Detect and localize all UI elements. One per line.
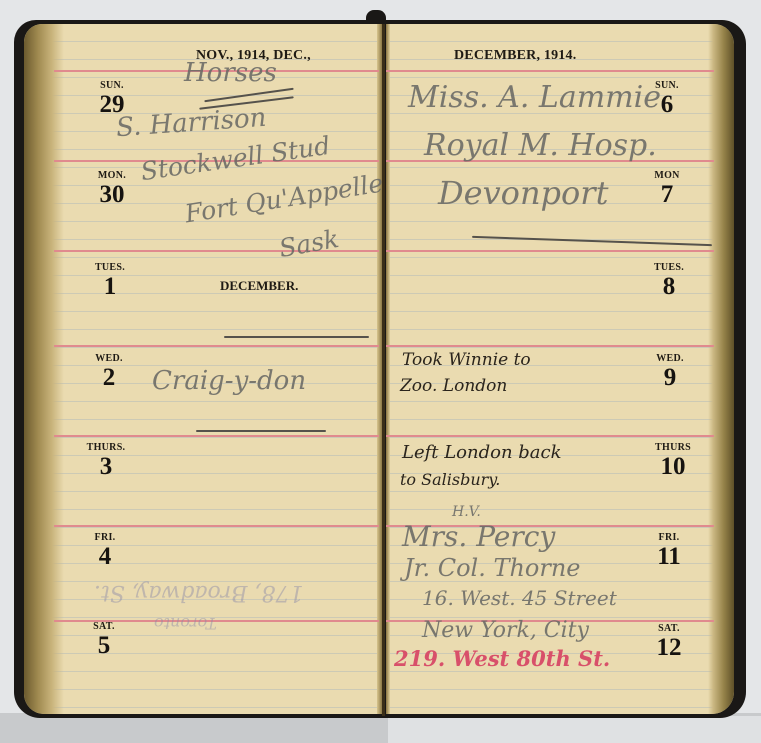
red-rule: [54, 345, 379, 347]
handwritten-line: Royal M. Hosp.: [424, 128, 657, 163]
page-edges-left: [24, 24, 64, 714]
month-label: DECEMBER.: [220, 278, 298, 294]
handwritten-line: Left London back: [402, 442, 562, 463]
handwritten-initials: H.V.: [452, 504, 481, 520]
day-number: 5: [79, 633, 129, 658]
faint-bleedthrough: 178, Broadway, St.: [94, 580, 303, 605]
underline-stroke: [204, 88, 293, 103]
day-number: 7: [642, 182, 692, 207]
background-lower-right: [388, 716, 761, 743]
day-name: FRI.: [80, 532, 130, 543]
handwritten-line: Jr. Col. Thorne: [404, 554, 581, 582]
underline-stroke: [224, 336, 369, 338]
left-page: NOV., 1914, DEC., SUN. 29 MON. 30 TUES. …: [24, 24, 383, 714]
handwritten-line: Sask: [277, 224, 341, 263]
day-number: 4: [80, 544, 130, 569]
spine: [382, 24, 385, 716]
underline-stroke: [472, 236, 712, 246]
page-header: DECEMBER, 1914.: [454, 48, 576, 64]
day-name: SUN.: [87, 80, 137, 91]
handwritten-line: New York, City: [422, 618, 589, 643]
day-name: TUES.: [644, 262, 694, 273]
red-rule: [54, 525, 379, 527]
red-rule: [386, 250, 714, 252]
handwritten-line: Fort Qu'Appelle: [183, 169, 383, 229]
day-number: 30: [87, 182, 137, 207]
gutter-right: [386, 24, 390, 714]
day-name: THURS.: [81, 442, 131, 453]
handwritten-line: to Salisbury.: [400, 470, 500, 489]
faint-bleedthrough: Toronto: [154, 614, 217, 633]
day-number: 1: [85, 274, 135, 299]
day-name: THURS: [648, 442, 698, 453]
day-name: TUES.: [85, 262, 135, 273]
red-rule: [54, 435, 379, 437]
day-name: SAT.: [79, 621, 129, 632]
day-number: 10: [648, 454, 698, 479]
handwritten-line: Mrs. Percy: [402, 520, 555, 553]
day-number: 8: [644, 274, 694, 299]
day-name: MON: [642, 170, 692, 181]
handwritten-line: Zoo. London: [400, 376, 507, 396]
red-rule: [386, 435, 714, 437]
day-name: WED.: [84, 353, 134, 364]
handwritten-line: Miss. A. Lammie: [408, 80, 661, 115]
day-number: 9: [645, 365, 695, 390]
day-number: 11: [644, 544, 694, 569]
day-name: MON.: [87, 170, 137, 181]
red-rule: [386, 345, 714, 347]
day-name: SAT.: [644, 623, 694, 634]
handwritten-line: Devonport: [438, 174, 608, 212]
red-rule: [386, 70, 714, 72]
handwritten-entry: Craig-y-don: [152, 366, 306, 396]
handwritten-line: 16. West. 45 Street: [422, 586, 617, 610]
page-edges-right: [708, 24, 734, 714]
day-number: 12: [644, 635, 694, 660]
day-number: 2: [84, 365, 134, 390]
handwritten-line: Took Winnie to: [402, 350, 531, 370]
underline-stroke: [196, 430, 326, 432]
handwritten-line: S. Harrison: [115, 103, 267, 143]
right-page: DECEMBER, 1914. SUN. 6 MON 7 TUES. 8 WED…: [386, 24, 734, 714]
day-name: WED.: [645, 353, 695, 364]
handwritten-title: Horses: [184, 58, 277, 88]
day-number: 3: [81, 454, 131, 479]
handwritten-red-address: 219. West 80th St.: [394, 646, 610, 671]
day-name: FRI.: [644, 532, 694, 543]
